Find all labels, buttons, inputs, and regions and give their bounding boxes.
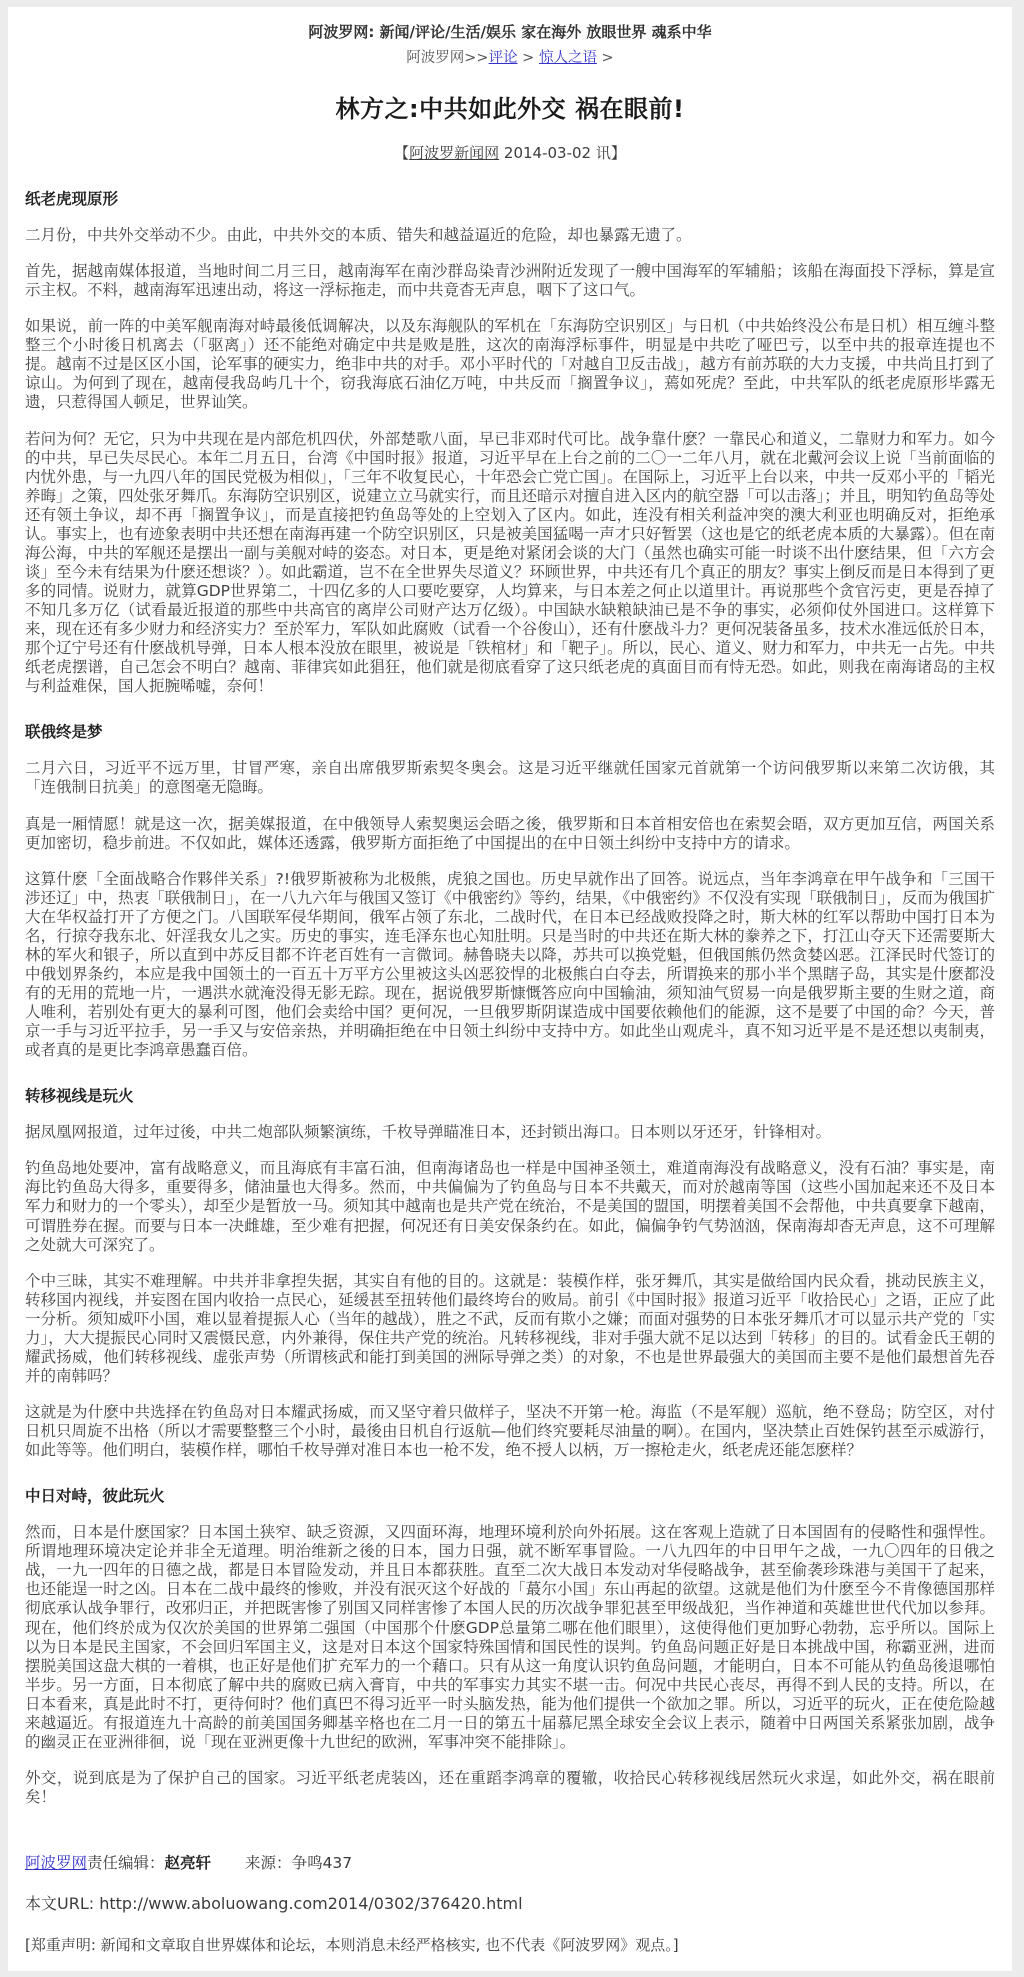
article-url-line: 本文URL: http://www.aboluowang.com2014/030… xyxy=(25,1891,995,1914)
breadcrumb-link-shocking-words[interactable]: 惊人之语 xyxy=(539,50,597,66)
page-container: 阿波罗网: 新闻/评论/生活/娱乐 家在海外 放眼世界 魂系中华 阿波罗网>>评… xyxy=(8,7,1012,1971)
article-paragraph: 外交，说到底是为了保护自己的国家。习近平纸老虎装凶，还在重蹈李鸿章的覆辙，收拾民… xyxy=(25,1769,995,1807)
article-paragraph: 二月份，中共外交举动不少。由此，中共外交的本质、错失和越益逼近的危险，却也暴露无… xyxy=(25,226,995,245)
article-paragraph: 如果说，前一阵的中美军舰南海对峙最後低调解决，以及东海舰队的军机在「东海防空识别… xyxy=(25,317,995,412)
article-paragraph: 这就是为什麽中共选择在钓鱼岛对日本耀武扬威，而又坚守着只做样子，坚决不开第一枪。… xyxy=(25,1403,995,1460)
byline-source-link[interactable]: 阿波罗新闻网 xyxy=(409,144,499,162)
article-paragraph: 钓鱼岛地处要冲，富有战略意义，而且海底有丰富石油，但南海诸岛也一样是中国神圣领土… xyxy=(25,1159,995,1254)
article-section-china-japan-standoff: 中日对峙，彼此玩火 然而，日本是什麽国家？日本国土狭窄、缺乏资源，又四面环海，地… xyxy=(25,1484,995,1807)
source-label: 来源： xyxy=(245,1854,292,1872)
article-paragraph: 真是一厢情愿！就是这一次，据美媒报道，在中俄领导人索契奥运会晤之後，俄罗斯和日本… xyxy=(25,815,995,853)
breadcrumb: 阿波罗网>>评论 > 惊人之语 > xyxy=(25,46,995,67)
disclaimer-text: [郑重声明: 新闻和文章取自世界媒体和论坛，本则消息未经严格核实, 也不代表《阿… xyxy=(25,1934,995,1955)
article-paragraph: 这算什麽「全面战略合作夥伴关系」?!俄罗斯被称为北极熊，虎狼之国也。历史早就作出… xyxy=(25,870,995,1061)
section-heading: 中日对峙，彼此玩火 xyxy=(25,1484,995,1506)
article-paragraph: 然而，日本是什麽国家？日本国土狭窄、缺乏资源，又四面环海，地理环境利於向外拓展。… xyxy=(25,1523,995,1752)
article-section-diverting-attention: 转移视线是玩火 据凤凰网报道，过年过後，中共二炮部队频繁演练，千枚导弹瞄准日本，… xyxy=(25,1084,995,1460)
article-paragraph: 个中三昧，其实不难理解。中共并非拿揑失据，其实自有他的目的。这就是：装模作样，张… xyxy=(25,1272,995,1386)
editor-line: 阿波罗网责任编辑：赵亮轩来源：争鸣437 xyxy=(25,1851,995,1873)
section-heading: 转移视线是玩火 xyxy=(25,1084,995,1106)
footer-site-link[interactable]: 阿波罗网 xyxy=(25,1854,87,1872)
article-paragraph: 首先，据越南媒体报道，当地时间二月三日，越南海军在南沙群岛染青沙洲附近发现了一艘… xyxy=(25,262,995,300)
article-byline: 【阿波罗新闻网 2014-03-02 讯】 xyxy=(25,142,995,163)
article-body: 纸老虎现原形 二月份，中共外交举动不少。由此，中共外交的本质、错失和越益逼近的危… xyxy=(25,187,995,1807)
article-paragraph: 若问为何？无它，只为中共现在是内部危机四伏，外部楚歌八面，早已非邓时代可比。战争… xyxy=(25,430,995,697)
breadcrumb-site: 阿波罗网>> xyxy=(406,50,488,66)
site-masthead: 阿波罗网: 新闻/评论/生活/娱乐 家在海外 放眼世界 魂系中华 xyxy=(25,21,995,42)
breadcrumb-separator: > xyxy=(597,50,614,66)
breadcrumb-link-comments[interactable]: 评论 xyxy=(489,50,518,66)
url-label: 本文URL: xyxy=(25,1894,99,1913)
byline-date: 2014-03-02 讯】 xyxy=(499,144,626,162)
article-paragraph: 二月六日，习近平不远万里，甘冒严寒，亲自出席俄罗斯索契冬奥会。这是习近平继就任国… xyxy=(25,759,995,797)
editor-label: 责任编辑： xyxy=(87,1854,165,1872)
article-section-russia-dream: 联俄终是梦 二月六日，习近平不远万里，甘冒严寒，亲自出席俄罗斯索契冬奥会。这是习… xyxy=(25,720,995,1060)
source-value: 争鸣437 xyxy=(292,1854,353,1872)
section-heading: 纸老虎现原形 xyxy=(25,187,995,209)
breadcrumb-separator: > xyxy=(518,50,539,66)
byline-bracket-open: 【 xyxy=(394,144,409,162)
url-value: http://www.aboluowang.com2014/0302/37642… xyxy=(99,1894,522,1913)
editor-name: 赵亮轩 xyxy=(165,1854,212,1872)
article-footer: 阿波罗网责任编辑：赵亮轩来源：争鸣437 本文URL: http://www.a… xyxy=(25,1851,995,1955)
article-paragraph: 据凤凰网报道，过年过後，中共二炮部队频繁演练，千枚导弹瞄准日本，还封锁出海口。日… xyxy=(25,1123,995,1142)
article-section-paper-tiger: 纸老虎现原形 二月份，中共外交举动不少。由此，中共外交的本质、错失和越益逼近的危… xyxy=(25,187,995,696)
section-heading: 联俄终是梦 xyxy=(25,720,995,742)
page-title: 林方之:中共如此外交 祸在眼前! xyxy=(25,89,995,124)
